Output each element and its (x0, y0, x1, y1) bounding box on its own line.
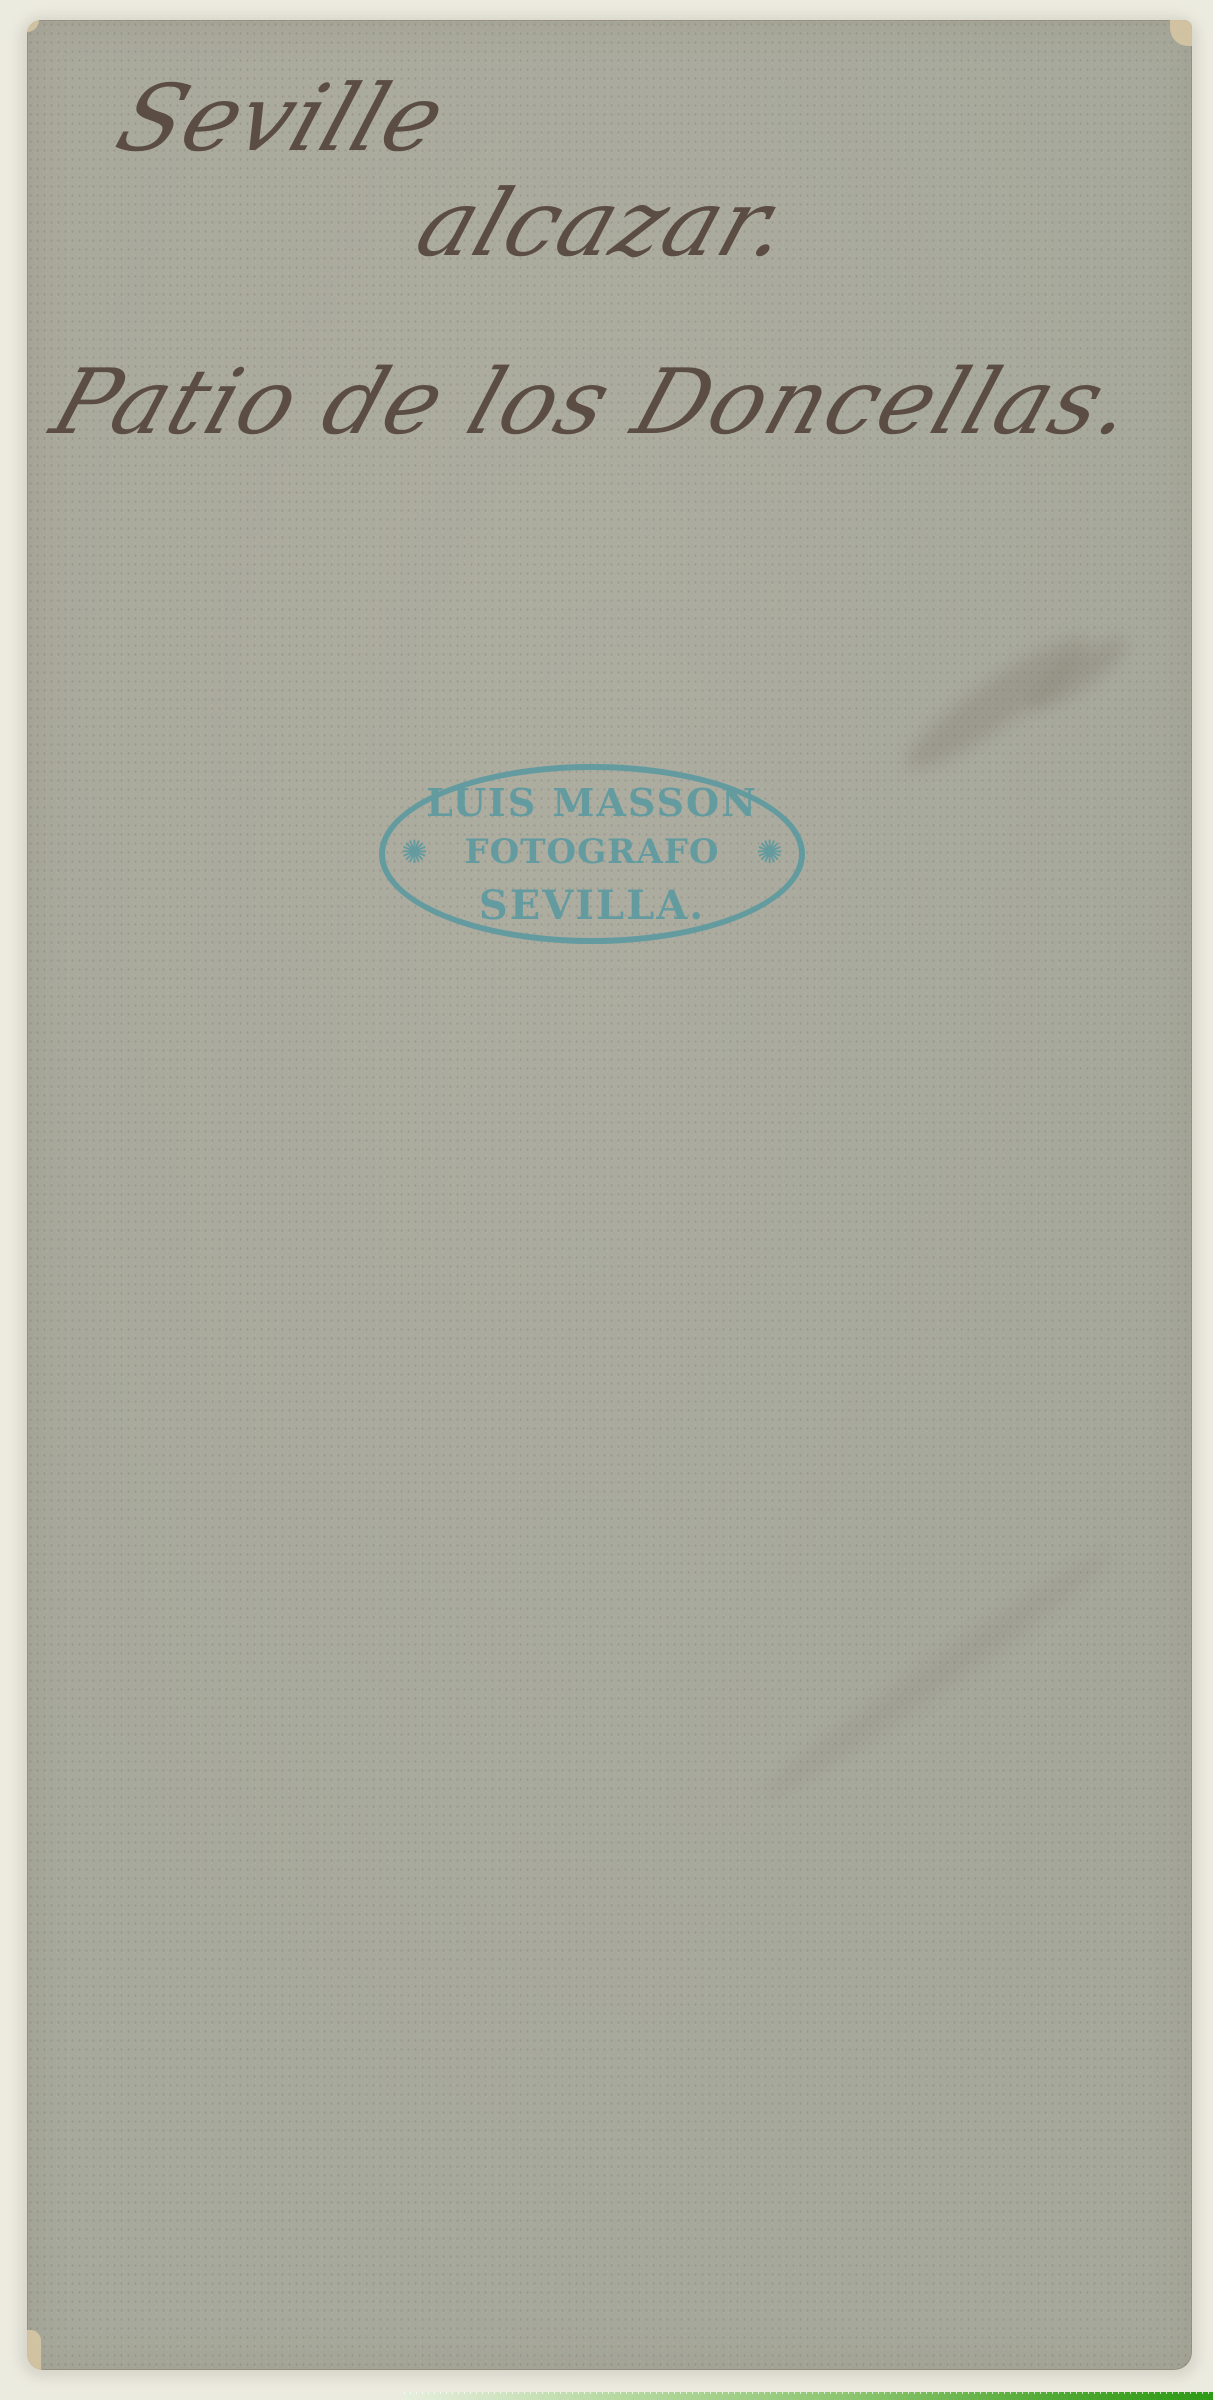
corner-wear-bottom-left (27, 2330, 41, 2370)
handwritten-city: Seville (105, 65, 459, 172)
stamp-photographer-name: LUIS MASSON (385, 780, 799, 825)
photographer-stamp: ✺ LUIS MASSON FOTOGRAFO SEVILLA. ✺ (379, 764, 805, 944)
handwritten-site: alcazar. (405, 170, 805, 277)
photograph-card-verso: Seville alcazar. Patio de los Doncellas.… (27, 20, 1192, 2370)
stamp-profession: FOTOGRAFO (385, 832, 799, 872)
scan-calibration-ticks (404, 2392, 1213, 2394)
handwritten-subject: Patio de los Doncellas. (40, 350, 1149, 455)
stamp-city: SEVILLA. (385, 882, 799, 929)
star-ornament-icon: ✺ (756, 836, 783, 868)
